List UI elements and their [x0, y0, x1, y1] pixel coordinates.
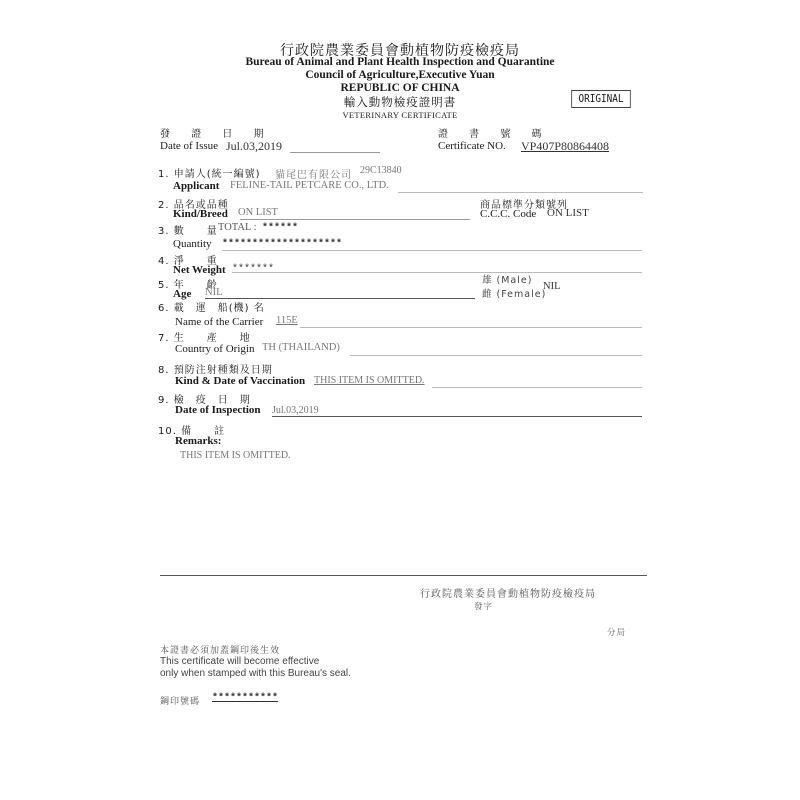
seal-number-value: *********** — [212, 693, 278, 704]
inspection-label: Date of Inspection — [175, 404, 261, 416]
female-label: 雌 (Female) — [482, 286, 546, 300]
male-label: 雄 (Male) — [482, 272, 532, 286]
vaccination-label-zh: 8. 預防注射種類及日期 — [158, 361, 273, 376]
signature-branch-zh: 分局 — [607, 626, 626, 638]
ccc-code-label: C.C.C. Code — [480, 208, 536, 220]
applicant-id-no: 29C13840 — [360, 165, 402, 176]
vaccination-value: THIS ITEM IS OMITTED. — [314, 375, 425, 386]
date-of-issue-label-zh: 發 證 日 期 — [160, 125, 273, 140]
country-name: REPUBLIC OF CHINA — [0, 82, 800, 94]
original-stamp: ORIGINAL — [571, 90, 631, 108]
applicant-value-zh: 貓尾巴有限公司 — [275, 166, 352, 181]
council-name: Council of Agriculture,Executive Yuan — [0, 69, 800, 81]
age-value: NIL — [205, 287, 223, 298]
agency-name-en: Bureau of Animal and Plant Health Inspec… — [0, 56, 800, 68]
seal-number-label-zh: 鋼印號碼 — [160, 694, 200, 707]
date-of-issue-value: Jul.03,2019 — [226, 139, 282, 154]
applicant-label: Applicant — [173, 180, 219, 192]
quantity-label-zh: 3. 數 量 — [158, 222, 218, 237]
applicant-label-zh: 1. 申請人(統一編號) — [158, 165, 261, 180]
signature-divider — [160, 575, 647, 576]
quantity-label: Quantity — [173, 238, 212, 250]
sex-value: NIL — [543, 281, 561, 292]
remarks-value: THIS ITEM IS OMITTED. — [180, 450, 291, 461]
certificate-no-label: Certificate NO. — [438, 140, 506, 152]
vaccination-label: Kind & Date of Vaccination — [175, 375, 305, 387]
applicant-value: FELINE-TAIL PETCARE CO., LTD. — [230, 180, 389, 191]
document-title-en: VETERINARY CERTIFICATE — [0, 110, 800, 120]
quantity-total-label: TOTAL : — [218, 222, 257, 233]
footer-note-line-1: This certificate will become effective — [160, 656, 319, 667]
carrier-label-zh: 6. 載 運 船(機) 名 — [158, 299, 265, 314]
origin-value: TH (THAILAND) — [262, 342, 340, 353]
document-title-zh: 輸入動物檢疫證明書 — [0, 94, 800, 110]
carrier-value: 115E — [276, 315, 298, 326]
signature-agency-zh: 行政院農業委員會動植物防疫檢疫局 — [420, 585, 596, 600]
remarks-label: Remarks: — [175, 435, 221, 447]
kind-value: ON LIST — [238, 207, 278, 218]
footer-note-line-2: only when stamped with this Bureau's sea… — [160, 668, 351, 679]
footer-note-zh: 本證書必須加蓋鋼印後生效 — [160, 643, 280, 656]
net-weight-label: Net Weight — [173, 264, 226, 276]
origin-label-zh: 7. 生 產 地 — [158, 329, 251, 344]
quantity-value: ******************** — [222, 239, 342, 250]
carrier-label: Name of the Carrier — [175, 316, 263, 328]
certificate-no-label-zh: 證 書 號 碼 — [438, 125, 551, 140]
quantity-total-value: ****** — [262, 223, 298, 234]
signature-sub-zh: 發字 — [474, 600, 493, 612]
certificate-no-value: VP407P80864408 — [521, 139, 609, 154]
ccc-code-value: ON LIST — [547, 207, 589, 219]
origin-label: Country of Origin — [175, 343, 254, 355]
inspection-value: Jul.03,2019 — [272, 405, 319, 416]
kind-label: Kind/Breed — [173, 208, 228, 220]
net-weight-value: ******* — [232, 264, 274, 275]
date-of-issue-label: Date of Issue — [160, 140, 218, 152]
